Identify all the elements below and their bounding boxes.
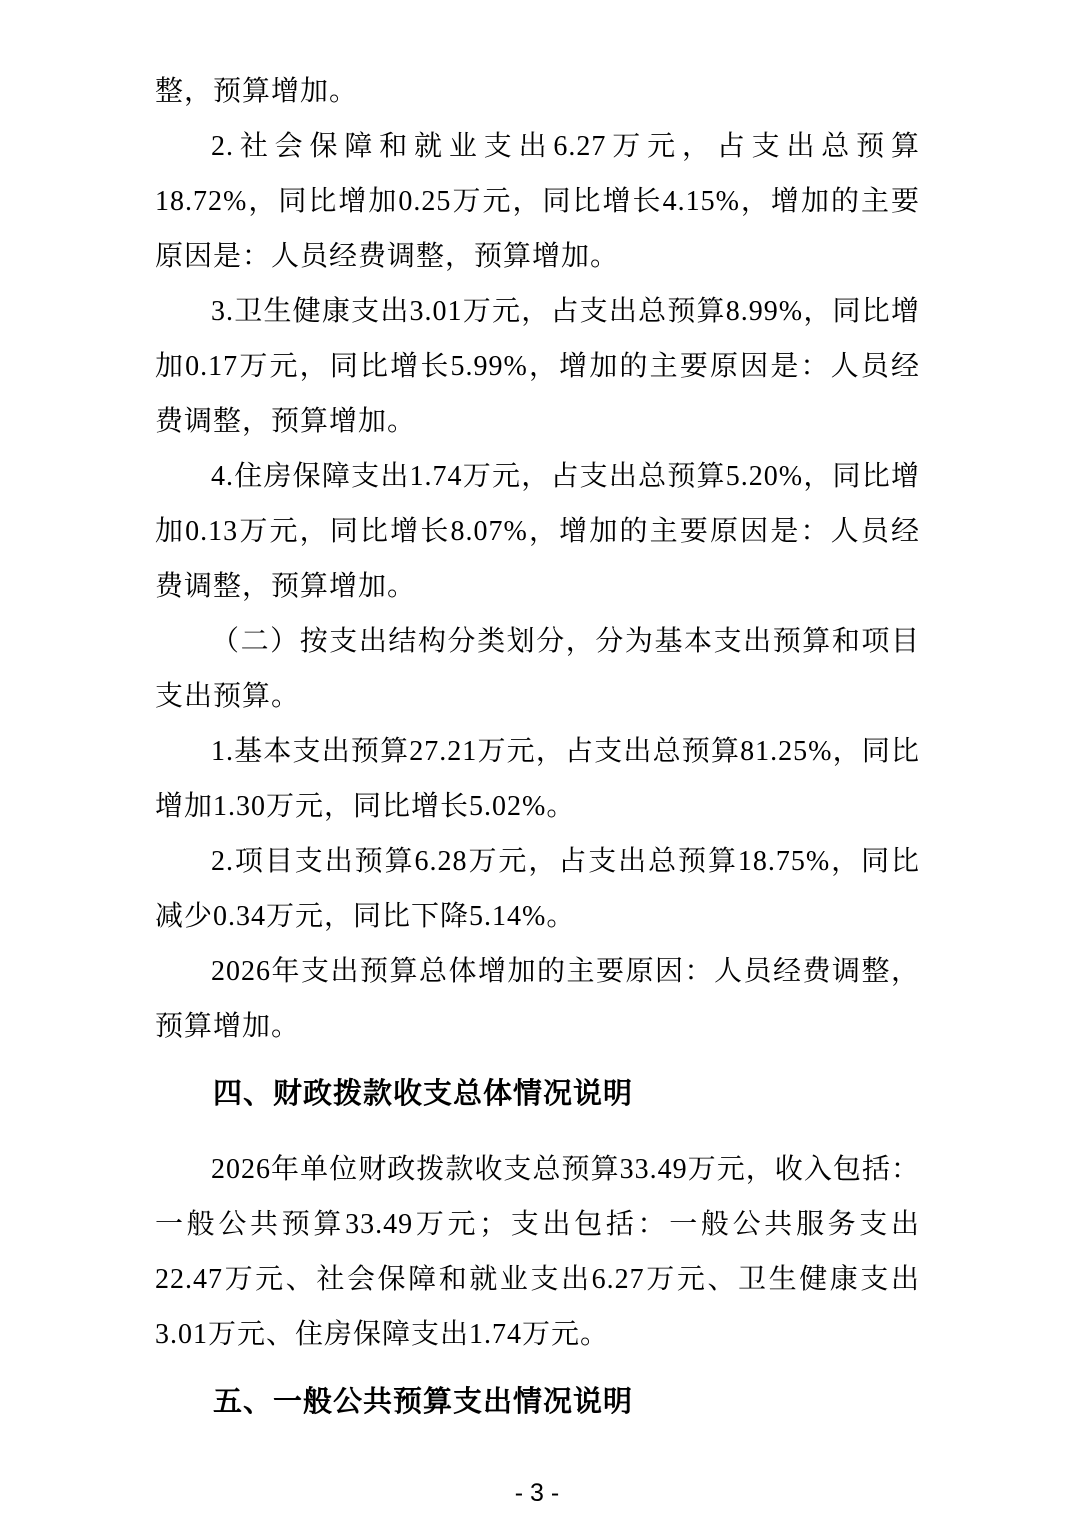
paragraph-housing-expenditure: 4.住房保障支出1.74万元，占支出总预算5.20%，同比增加0.13万元，同比… [155, 449, 920, 614]
heading-section-5-general-public-budget-expenditure: 五、一般公共预算支出情况说明 [155, 1375, 920, 1430]
paragraph-social-security-expenditure: 2.社会保障和就业支出6.27万元，占支出总预算18.72%，同比增加0.25万… [155, 119, 920, 284]
paragraph-fiscal-appropriation-totals: 2026年单位财政拨款收支总预算33.49万元，收入包括：一般公共预算33.49… [155, 1142, 920, 1362]
paragraph-continuation: 整，预算增加。 [155, 64, 920, 119]
paragraph-basic-expenditure-budget: 1.基本支出预算27.21万元，占支出总预算81.25%，同比增加1.30万元，… [155, 724, 920, 834]
heading-section-4-fiscal-appropriation-overview: 四、财政拨款收支总体情况说明 [155, 1067, 920, 1122]
paragraph-structure-classification: （二）按支出结构分类划分，分为基本支出预算和项目支出预算。 [155, 614, 920, 724]
paragraph-overall-increase-reason: 2026年支出预算总体增加的主要原因：人员经费调整，预算增加。 [155, 944, 920, 1054]
paragraph-project-expenditure-budget: 2.项目支出预算6.28万元，占支出总预算18.75%，同比减少0.34万元，同… [155, 834, 920, 944]
document-page: 整，预算增加。 2.社会保障和就业支出6.27万元，占支出总预算18.72%，同… [0, 0, 1074, 1520]
page-number: - 3 - [0, 1481, 1074, 1506]
paragraph-health-expenditure: 3.卫生健康支出3.01万元，占支出总预算8.99%，同比增加0.17万元，同比… [155, 284, 920, 449]
